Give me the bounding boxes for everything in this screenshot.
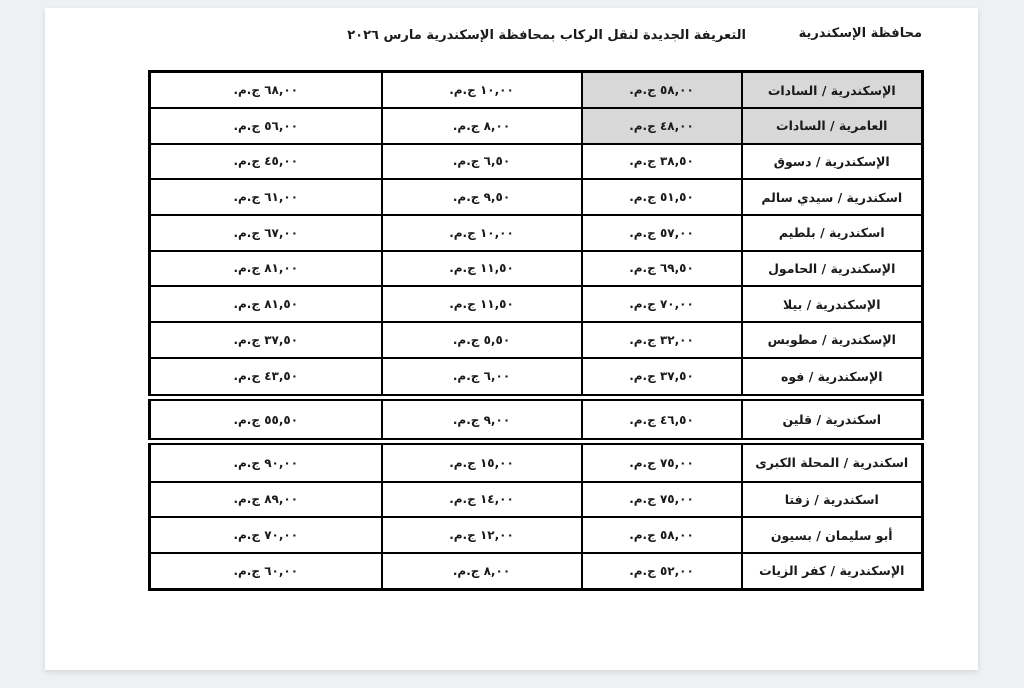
fare-cell: ١٢,٠٠ ج.م. — [382, 517, 582, 553]
fare-cell: ٦٨,٠٠ ج.م. — [150, 72, 382, 109]
fare-cell: ٣٨,٥٠ ج.م. — [582, 144, 742, 180]
fare-cell: ٦,٠٠ ج.م. — [382, 358, 582, 398]
fare-cell: ٦١,٠٠ ج.م. — [150, 179, 382, 215]
fare-cell: ٣٧,٥٠ ج.م. — [582, 358, 742, 398]
route-cell: الإسكندرية / بيلا — [742, 286, 923, 322]
fare-cell: ٨١,٥٠ ج.م. — [150, 286, 382, 322]
route-cell: اسكندرية / زفتا — [742, 482, 923, 518]
fare-cell: ٦,٥٠ ج.م. — [382, 144, 582, 180]
fare-cell: ٥,٥٠ ج.م. — [382, 322, 582, 358]
route-cell: اسكندرية / المحلة الكبرى — [742, 442, 923, 482]
fare-cell: ٨٩,٠٠ ج.م. — [150, 482, 382, 518]
route-cell: أبو سليمان / بسيون — [742, 517, 923, 553]
fare-cell: ٦٧,٠٠ ج.م. — [150, 215, 382, 251]
governorate-label: محافظة الإسكندرية — [799, 26, 922, 41]
page-title: التعريفة الجديدة لنقل الركاب بمحافظة الإ… — [347, 28, 746, 43]
fare-cell: ٦٩,٥٠ ج.م. — [582, 251, 742, 287]
route-cell: الإسكندرية / كفر الزيات — [742, 553, 923, 590]
table-row: اسكندرية / زفتا٧٥,٠٠ ج.م.١٤,٠٠ ج.م.٨٩,٠٠… — [150, 482, 923, 518]
fare-cell: ٧٥,٠٠ ج.م. — [582, 482, 742, 518]
fare-cell: ٩٠,٠٠ ج.م. — [150, 442, 382, 482]
table-row: اسكندرية / المحلة الكبرى٧٥,٠٠ ج.م.١٥,٠٠ … — [150, 442, 923, 482]
fare-cell: ٩,٠٠ ج.م. — [382, 398, 582, 442]
fare-cell: ٥٥,٥٠ ج.م. — [150, 398, 382, 442]
table-row: اسكندرية / قلين٤٦,٥٠ ج.م.٩,٠٠ ج.م.٥٥,٥٠ … — [150, 398, 923, 442]
fare-cell: ١٤,٠٠ ج.م. — [382, 482, 582, 518]
route-cell: اسكندرية / قلين — [742, 398, 923, 442]
route-cell: الإسكندرية / السادات — [742, 72, 923, 109]
fare-cell: ٥٨,٠٠ ج.م. — [582, 517, 742, 553]
table-row: اسكندرية / سيدي سالم٥١,٥٠ ج.م.٩,٥٠ ج.م.٦… — [150, 179, 923, 215]
table-row: أبو سليمان / بسيون٥٨,٠٠ ج.م.١٢,٠٠ ج.م.٧٠… — [150, 517, 923, 553]
fare-cell: ٣٧,٥٠ ج.م. — [150, 322, 382, 358]
fare-cell: ١١,٥٠ ج.م. — [382, 286, 582, 322]
fare-cell: ٤٨,٠٠ ج.م. — [582, 108, 742, 144]
fare-cell: ١٥,٠٠ ج.م. — [382, 442, 582, 482]
fare-cell: ٥١,٥٠ ج.م. — [582, 179, 742, 215]
fare-cell: ٨,٠٠ ج.م. — [382, 553, 582, 590]
table-row: الإسكندرية / فوه٣٧,٥٠ ج.م.٦,٠٠ ج.م.٤٣,٥٠… — [150, 358, 923, 398]
fare-cell: ٥٦,٠٠ ج.م. — [150, 108, 382, 144]
fare-cell: ٤٣,٥٠ ج.م. — [150, 358, 382, 398]
fare-cell: ٦٠,٠٠ ج.م. — [150, 553, 382, 590]
fare-tariff-table: الإسكندرية / السادات٥٨,٠٠ ج.م.١٠,٠٠ ج.م.… — [148, 70, 924, 591]
fare-cell: ١٠,٠٠ ج.م. — [382, 215, 582, 251]
fare-cell: ٣٢,٠٠ ج.م. — [582, 322, 742, 358]
fare-cell: ٥٧,٠٠ ج.م. — [582, 215, 742, 251]
fare-cell: ٤٥,٠٠ ج.م. — [150, 144, 382, 180]
fare-cell: ٨١,٠٠ ج.م. — [150, 251, 382, 287]
table-row: اسكندرية / بلطيم٥٧,٠٠ ج.م.١٠,٠٠ ج.م.٦٧,٠… — [150, 215, 923, 251]
table-row: الإسكندرية / السادات٥٨,٠٠ ج.م.١٠,٠٠ ج.م.… — [150, 72, 923, 109]
route-cell: العامرية / السادات — [742, 108, 923, 144]
table-row: الإسكندرية / مطوبس٣٢,٠٠ ج.م.٥,٥٠ ج.م.٣٧,… — [150, 322, 923, 358]
fare-cell: ٥٨,٠٠ ج.م. — [582, 72, 742, 109]
route-cell: الإسكندرية / دسوق — [742, 144, 923, 180]
route-cell: اسكندرية / سيدي سالم — [742, 179, 923, 215]
table-row: العامرية / السادات٤٨,٠٠ ج.م.٨,٠٠ ج.م.٥٦,… — [150, 108, 923, 144]
fare-cell: ٤٦,٥٠ ج.م. — [582, 398, 742, 442]
table-row: الإسكندرية / بيلا٧٠,٠٠ ج.م.١١,٥٠ ج.م.٨١,… — [150, 286, 923, 322]
fare-cell: ١٠,٠٠ ج.م. — [382, 72, 582, 109]
fare-cell: ٧٠,٠٠ ج.م. — [150, 517, 382, 553]
fare-cell: ٨,٠٠ ج.م. — [382, 108, 582, 144]
table-row: الإسكندرية / الحامول٦٩,٥٠ ج.م.١١,٥٠ ج.م.… — [150, 251, 923, 287]
route-cell: اسكندرية / بلطيم — [742, 215, 923, 251]
fare-cell: ٧٥,٠٠ ج.م. — [582, 442, 742, 482]
fare-cell: ٥٢,٠٠ ج.م. — [582, 553, 742, 590]
fare-cell: ١١,٥٠ ج.م. — [382, 251, 582, 287]
table-row: الإسكندرية / كفر الزيات٥٢,٠٠ ج.م.٨,٠٠ ج.… — [150, 553, 923, 590]
route-cell: الإسكندرية / الحامول — [742, 251, 923, 287]
route-cell: الإسكندرية / مطوبس — [742, 322, 923, 358]
fare-cell: ٩,٥٠ ج.م. — [382, 179, 582, 215]
route-cell: الإسكندرية / فوه — [742, 358, 923, 398]
table-row: الإسكندرية / دسوق٣٨,٥٠ ج.م.٦,٥٠ ج.م.٤٥,٠… — [150, 144, 923, 180]
document-page: محافظة الإسكندرية التعريفة الجديدة لنقل … — [45, 8, 978, 670]
fare-cell: ٧٠,٠٠ ج.م. — [582, 286, 742, 322]
